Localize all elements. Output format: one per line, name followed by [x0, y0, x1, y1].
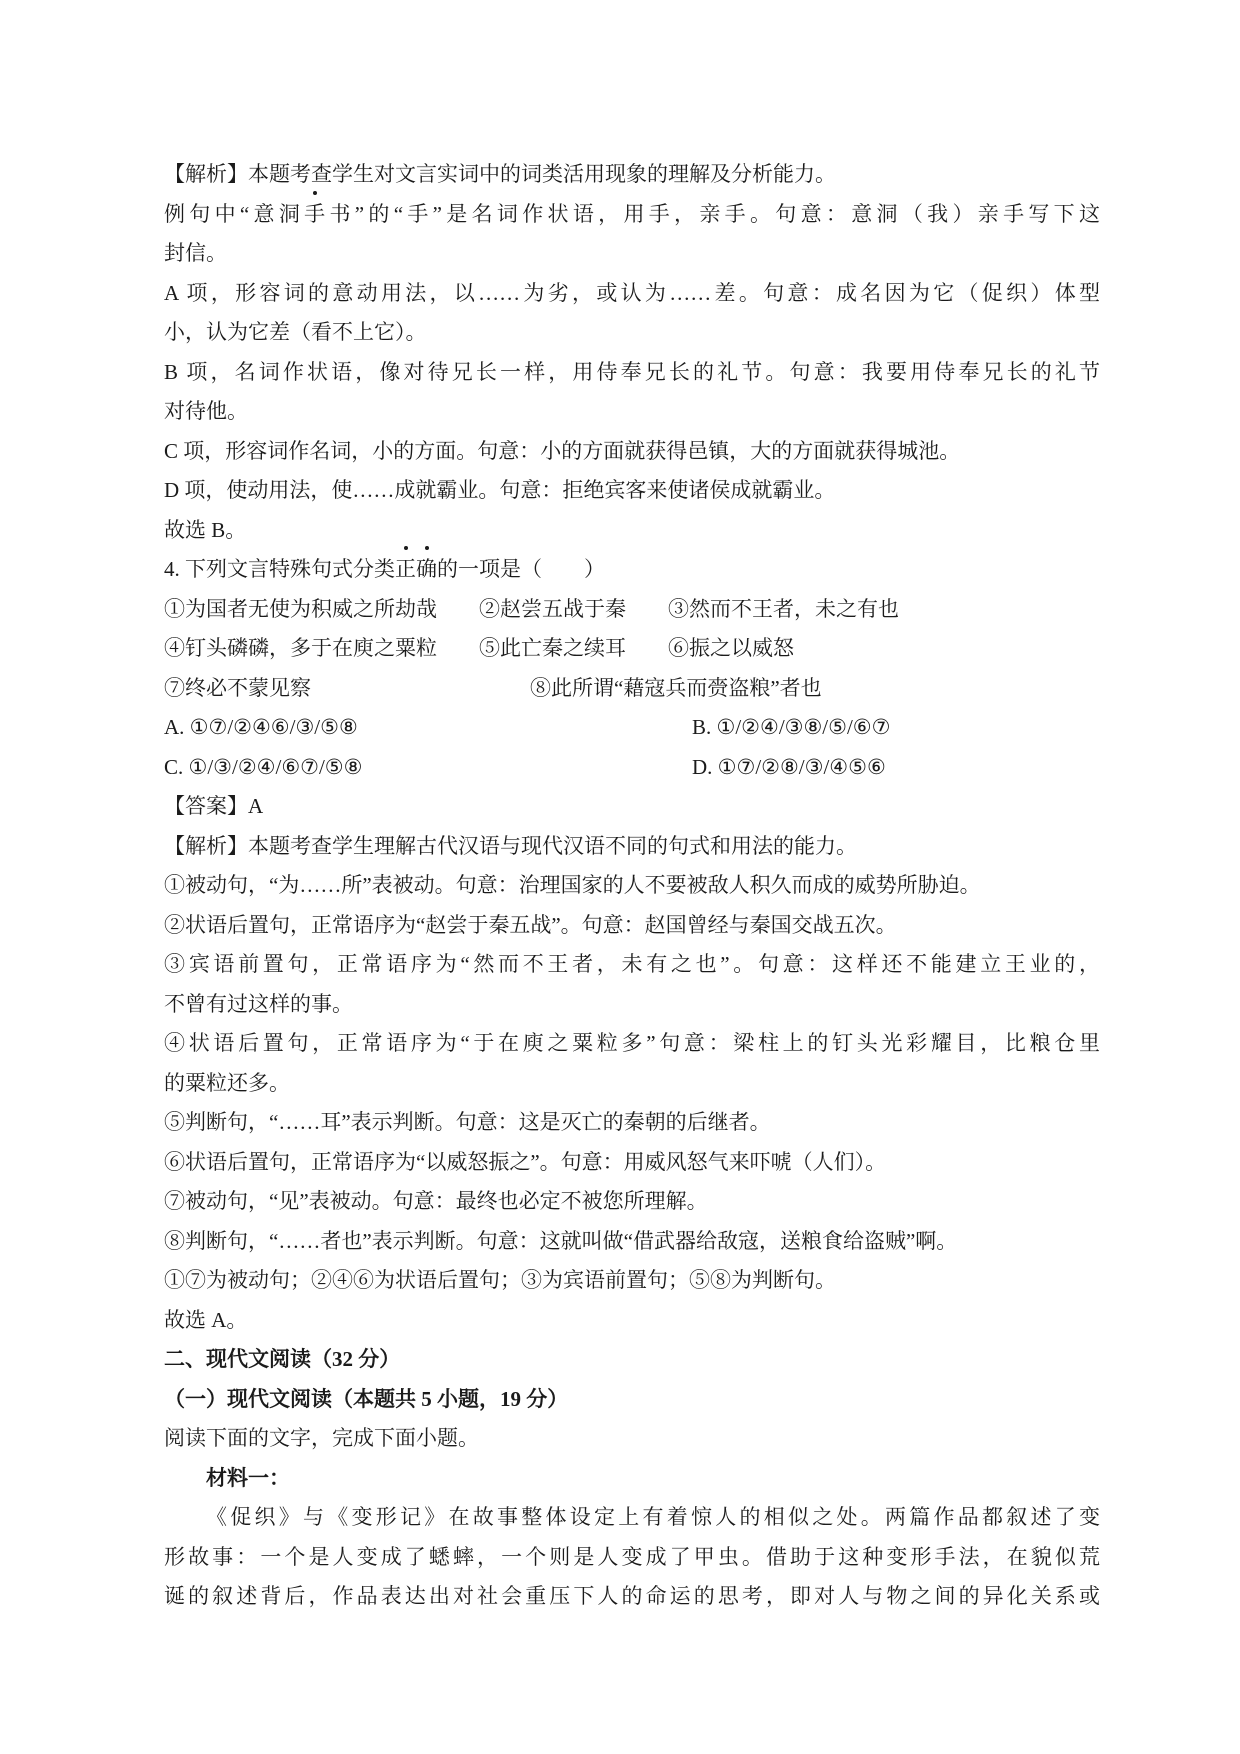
text-line: A 项，形容词的意动用法，以……为劣，或认为……差。句意：成名因为它（促织）体型: [164, 274, 1100, 314]
section-heading: 二、现代文阅读（32 分）: [164, 1340, 1100, 1380]
document-page: 【解析】本题考查学生对文言实词中的词类活用现象的理解及分析能力。例句中“意洞手书…: [0, 0, 1240, 1754]
emphasized-char: 正: [395, 550, 416, 590]
text-line: ④状语后置句，正常语序为“于在庾之粟粒多”句意：梁柱上的钉头光彩耀目，比粮仓里: [164, 1024, 1100, 1064]
left-column-text: C. ①/③/②④/⑥⑦/⑤⑧: [164, 748, 362, 788]
text-line: 对待他。: [164, 392, 1100, 432]
options-c-d: C. ①/③/②④/⑥⑦/⑤⑧D. ①⑦/②⑧/③/④⑤⑥: [164, 748, 1100, 788]
text-line: ⑥状语后置句，正常语序为“以威怒振之”。句意：用威风怒气来吓唬（人们）。: [164, 1143, 1100, 1183]
text-line: 故选 B。: [164, 511, 1100, 551]
text-line: 【解析】本题考查学生理解古代汉语与现代汉语不同的句式和用法的能力。: [164, 827, 1100, 867]
text-line: ②状语后置句，正常语序为“赵尝于秦五战”。句意：赵国曾经与秦国交战五次。: [164, 906, 1100, 946]
text-line: 例句中“意洞手书”的“手”是名词作状语，用手，亲手。句意：意洞（我）亲手写下这: [164, 195, 1100, 235]
text-line: C 项，形容词作名词，小的方面。句意：小的方面就获得邑镇，大的方面就获得城池。: [164, 432, 1100, 472]
text-line: 阅读下面的文字，完成下面小题。: [164, 1419, 1100, 1459]
text-line: 《促织》与《变形记》在故事整体设定上有着惊人的相似之处。两篇作品都叙述了变: [164, 1498, 1100, 1538]
subsection-heading: （一）现代文阅读（本题共 5 小题，19 分）: [164, 1380, 1100, 1420]
text-line: 小，认为它差（看不上它）。: [164, 313, 1100, 353]
right-column-text: B. ①/②④/③⑧/⑤/⑥⑦: [692, 708, 890, 748]
text-line: B 项，名词作状语，像对待兄长一样，用侍奉兄长的礼节。句意：我要用侍奉兄长的礼节: [164, 353, 1100, 393]
left-column-text: A. ①⑦/②④⑥/③/⑤⑧: [164, 708, 358, 748]
text-line: ①为国者无使为积威之所劫哉 ②赵尝五战于秦 ③然而不王者，未之有也: [164, 590, 1100, 630]
left-column-text: ⑦终必不蒙见察: [164, 669, 311, 709]
text-line: 【解析】本题考查学生对文言实词中的词类活用现象的理解及分析能力。: [164, 155, 1100, 195]
text-line: 封信。: [164, 234, 1100, 274]
emphasized-char: 确: [416, 550, 437, 590]
document-content: 【解析】本题考查学生对文言实词中的词类活用现象的理解及分析能力。例句中“意洞手书…: [164, 155, 1100, 1617]
text-line: 的粟粒还多。: [164, 1064, 1100, 1104]
right-column-text: D. ①⑦/②⑧/③/④⑤⑥: [692, 748, 886, 788]
text-line: ⑧判断句，“……者也”表示判断。句意：这就叫做“借武器给敌寇，送粮食给盗贼”啊。: [164, 1222, 1100, 1262]
emphasized-char: 手: [304, 195, 325, 235]
material-heading: 材料一：: [164, 1459, 1100, 1499]
text-line: ④钉头磷磷，多于在庾之粟粒 ⑤此亡秦之续耳 ⑥振之以威怒: [164, 629, 1100, 669]
text-line: D 项，使动用法，使……成就霸业。句意：拒绝宾客来使诸侯成就霸业。: [164, 471, 1100, 511]
text-line: ⑦被动句，“见”表被动。句意：最终也必定不被您所理解。: [164, 1182, 1100, 1222]
question-4: 4. 下列文言特殊句式分类正确的一项是（ ）: [164, 550, 1100, 590]
text-line: ③宾语前置句，正常语序为“然而不王者，未有之也”。句意：这样还不能建立王业的，: [164, 945, 1100, 985]
text-line: ⑦终必不蒙见察⑧此所谓“藉寇兵而赍盗粮”者也: [164, 669, 1100, 709]
text-line: 诞的叙述背后，作品表达出对社会重压下人的命运的思考，即对人与物之间的异化关系或: [164, 1577, 1100, 1617]
right-column-text: ⑧此所谓“藉寇兵而赍盗粮”者也: [530, 669, 822, 709]
text-line: ⑤判断句，“……耳”表示判断。句意：这是灭亡的秦朝的后继者。: [164, 1103, 1100, 1143]
text-line: ①⑦为被动句；②④⑥为状语后置句；③为宾语前置句；⑤⑧为判断句。: [164, 1261, 1100, 1301]
answer-line: 【答案】A: [164, 787, 1100, 827]
text-line: 故选 A。: [164, 1301, 1100, 1341]
text-line: 不曾有过这样的事。: [164, 985, 1100, 1025]
text-line: ①被动句，“为……所”表被动。句意：治理国家的人不要被敌人积久而成的威势所胁迫。: [164, 866, 1100, 906]
options-a-b: A. ①⑦/②④⑥/③/⑤⑧B. ①/②④/③⑧/⑤/⑥⑦: [164, 708, 1100, 748]
text-line: 形故事：一个是人变成了蟋蟀，一个则是人变成了甲虫。借助于这种变形手法，在貌似荒: [164, 1538, 1100, 1578]
